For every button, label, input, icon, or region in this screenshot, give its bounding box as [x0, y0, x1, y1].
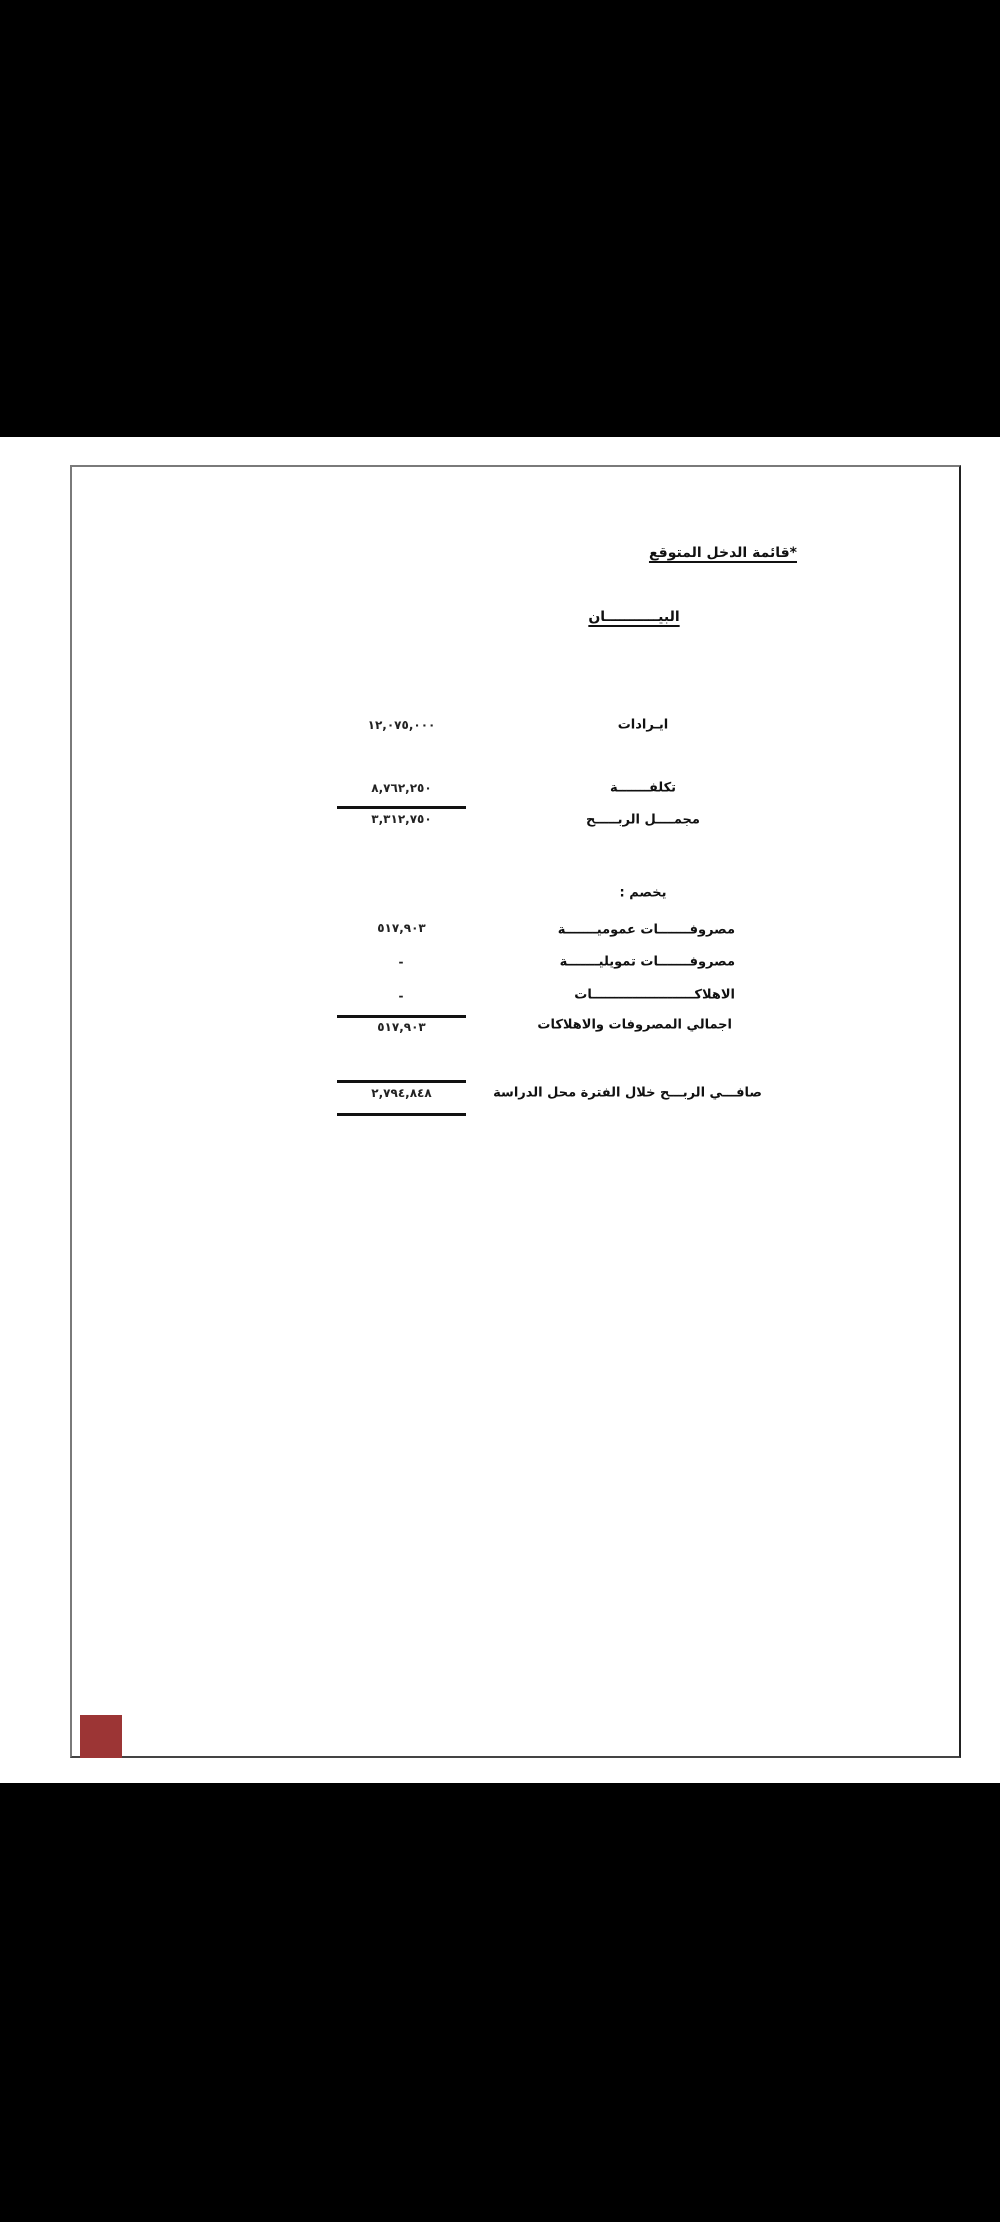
subtotal-rule	[337, 1015, 466, 1018]
label-financing-expenses: مصروفـــــــات تمويليـــــــة	[540, 956, 735, 969]
document-page	[70, 465, 961, 1758]
red-marker-square	[80, 1715, 122, 1758]
column-header: البيـــــــــــان	[588, 610, 680, 624]
total-bottom-rule	[337, 1113, 466, 1116]
value-gross-profit: ٣,٣١٢,٧٥٠	[337, 813, 466, 825]
value-cost: ٨,٧٦٢,٢٥٠	[337, 782, 466, 794]
value-total-expenses: ٥١٧,٩٠٣	[337, 1021, 466, 1033]
label-net-profit: صافـــي الربـــح خلال الفترة محل الدراسة	[500, 1087, 762, 1100]
label-total-expenses: اجمالي المصروفات والاهلاكات	[540, 1019, 732, 1032]
value-financing-expenses: -	[337, 956, 466, 968]
value-net-profit: ٢,٧٩٤,٨٤٨	[337, 1087, 466, 1099]
value-revenue: ١٢,٠٧٥,٠٠٠	[337, 719, 466, 731]
label-general-expenses: مصروفـــــــات عموميـــــــة	[540, 924, 735, 937]
label-cost: تكلفـــــــة	[560, 782, 726, 795]
label-gross-profit: مجمــــل الربـــــح	[560, 814, 726, 827]
value-general-expenses: ٥١٧,٩٠٣	[337, 922, 466, 934]
label-depreciation: الاهلاكـــــــــــــــــــــــات	[540, 989, 735, 1002]
total-top-rule	[337, 1080, 466, 1083]
label-revenue: ايـرادات	[560, 719, 726, 732]
document-title: *قائمة الدخل المتوقع	[675, 546, 797, 560]
label-deduct: يخصم :	[560, 887, 726, 900]
value-depreciation: -	[337, 990, 466, 1002]
subtotal-rule	[337, 806, 466, 809]
